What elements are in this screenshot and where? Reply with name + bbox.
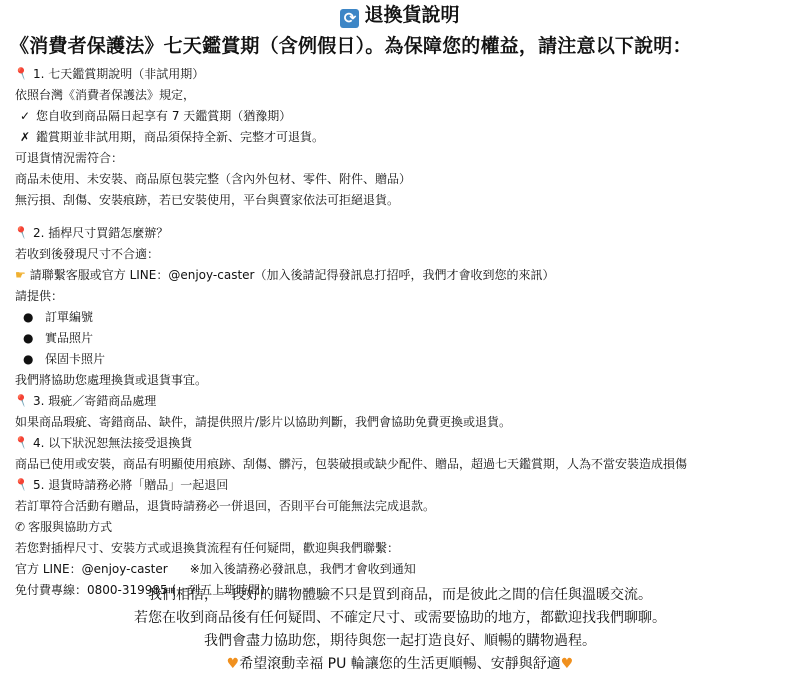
closing-message: 我們相信，一段好的購物體驗不只是買到商品，而是彼此之間的信任與溫暖交流。 若您在… xyxy=(0,584,800,676)
section-1-conditions-title: 可退貨情況需符合： xyxy=(15,148,800,169)
section-1-heading: 📍1. 七天鑑賞期說明（非試用期） xyxy=(15,64,800,85)
closing-line-1: 我們相信，一段好的購物體驗不只是買到商品，而是彼此之間的信任與溫暖交流。 xyxy=(0,584,800,607)
page-subtitle: 《消費者保護法》七天鑑賞期（含例假日）。為保障您的權益，請注意以下說明： xyxy=(10,33,800,59)
section-2-heading: 📍2. 插桿尺寸買錯怎麼辦？ xyxy=(15,223,800,244)
heart-icon: ♥ xyxy=(227,656,240,672)
cross-icon: ✗ xyxy=(17,127,33,148)
policy-body: 📍1. 七天鑑賞期說明（非試用期） 依照台灣《消費者保護法》規定， ✓您自收到商… xyxy=(15,64,800,601)
pin-icon: 📍 xyxy=(12,389,33,414)
bullet-icon: ● xyxy=(23,349,45,370)
section-5-heading: 📍5. 退貨時請務必將「贈品」一起退回 xyxy=(15,475,800,496)
pointing-hand-icon: ☛ xyxy=(15,265,26,286)
section-1-intro: 依照台灣《消費者保護法》規定， xyxy=(15,85,800,106)
page-title-row: ⟳退換貨說明 xyxy=(0,3,800,28)
heart-icon: ♥ xyxy=(561,656,574,672)
section-3-text: 如果商品瑕疵、寄錯商品、缺件，請提供照片/影片以協助判斷，我們會協助免費更換或退… xyxy=(15,412,800,433)
contact-line: 官方 LINE：@enjoy-caster※加入後請務必發訊息，我們才會收到通知 xyxy=(15,559,800,580)
section-1-condition-2: 無污損、刮傷、安裝痕跡，若已安裝使用，平台與賣家依法可拒絕退貨。 xyxy=(15,190,800,211)
section-1-cross: ✗鑑賞期並非試用期，商品須保持全新、完整才可退貨。 xyxy=(15,127,800,148)
section-2-intro: 若收到後發現尺寸不合適： xyxy=(15,244,800,265)
line-note: ※加入後請務必發訊息，我們才會收到通知 xyxy=(190,562,416,576)
list-item: ●保固卡照片 xyxy=(15,349,800,370)
section-4-text: 商品已使用或安裝，商品有明顯使用痕跡、刮傷、髒污，包裝破損或缺少配件、贈品，超過… xyxy=(15,454,800,475)
section-1-condition-1: 商品未使用、未安裝、商品原包裝完整（含內外包材、零件、附件、贈品） xyxy=(15,169,800,190)
line-id-link[interactable]: 官方 LINE：@enjoy-caster xyxy=(15,562,168,576)
refresh-icon: ⟳ xyxy=(340,9,359,28)
bullet-icon: ● xyxy=(23,307,45,328)
pin-icon: 📍 xyxy=(12,431,33,456)
pin-icon: 📍 xyxy=(12,473,33,498)
bullet-icon: ● xyxy=(23,328,45,349)
closing-line-3: 我們會盡力協助您，期待與您一起打造良好、順暢的購物過程。 xyxy=(0,630,800,653)
check-icon: ✓ xyxy=(17,106,33,127)
section-2-provide-title: 請提供： xyxy=(15,286,800,307)
pin-icon: 📍 xyxy=(12,221,33,246)
page-title: 退換貨說明 xyxy=(364,4,459,26)
pin-icon: 📍 xyxy=(12,62,33,87)
phone-icon: ✆ xyxy=(15,517,25,538)
list-item: ●訂單編號 xyxy=(15,307,800,328)
section-3-heading: 📍3. 瑕疵／寄錯商品處理 xyxy=(15,391,800,412)
section-5-text: 若訂單符合活動有贈品，退貨時請務必一併退回，否則平台可能無法完成退款。 xyxy=(15,496,800,517)
section-2-closing: 我們將協助您處理換貨或退貨事宜。 xyxy=(15,370,800,391)
section-4-heading: 📍4. 以下狀況恕無法接受退換貨 xyxy=(15,433,800,454)
section-1-check: ✓您自收到商品隔日起享有 7 天鑑賞期（猶豫期） xyxy=(15,106,800,127)
section-2-contact: ☛請聯繫客服或官方 LINE：@enjoy-caster（加入後請記得發訊息打招… xyxy=(15,265,800,286)
contact-heading: ✆客服與協助方式 xyxy=(15,517,800,538)
closing-line-4: ♥希望滾動幸福 PU 輪讓您的生活更順暢、安靜與舒適♥ xyxy=(0,653,800,676)
contact-intro: 若您對插桿尺寸、安裝方式或退換貨流程有任何疑問，歡迎與我們聯繫： xyxy=(15,538,800,559)
closing-line-2: 若您在收到商品後有任何疑問、不確定尺寸、或需要協助的地方，都歡迎找我們聊聊。 xyxy=(0,607,800,630)
list-item: ●實品照片 xyxy=(15,328,800,349)
